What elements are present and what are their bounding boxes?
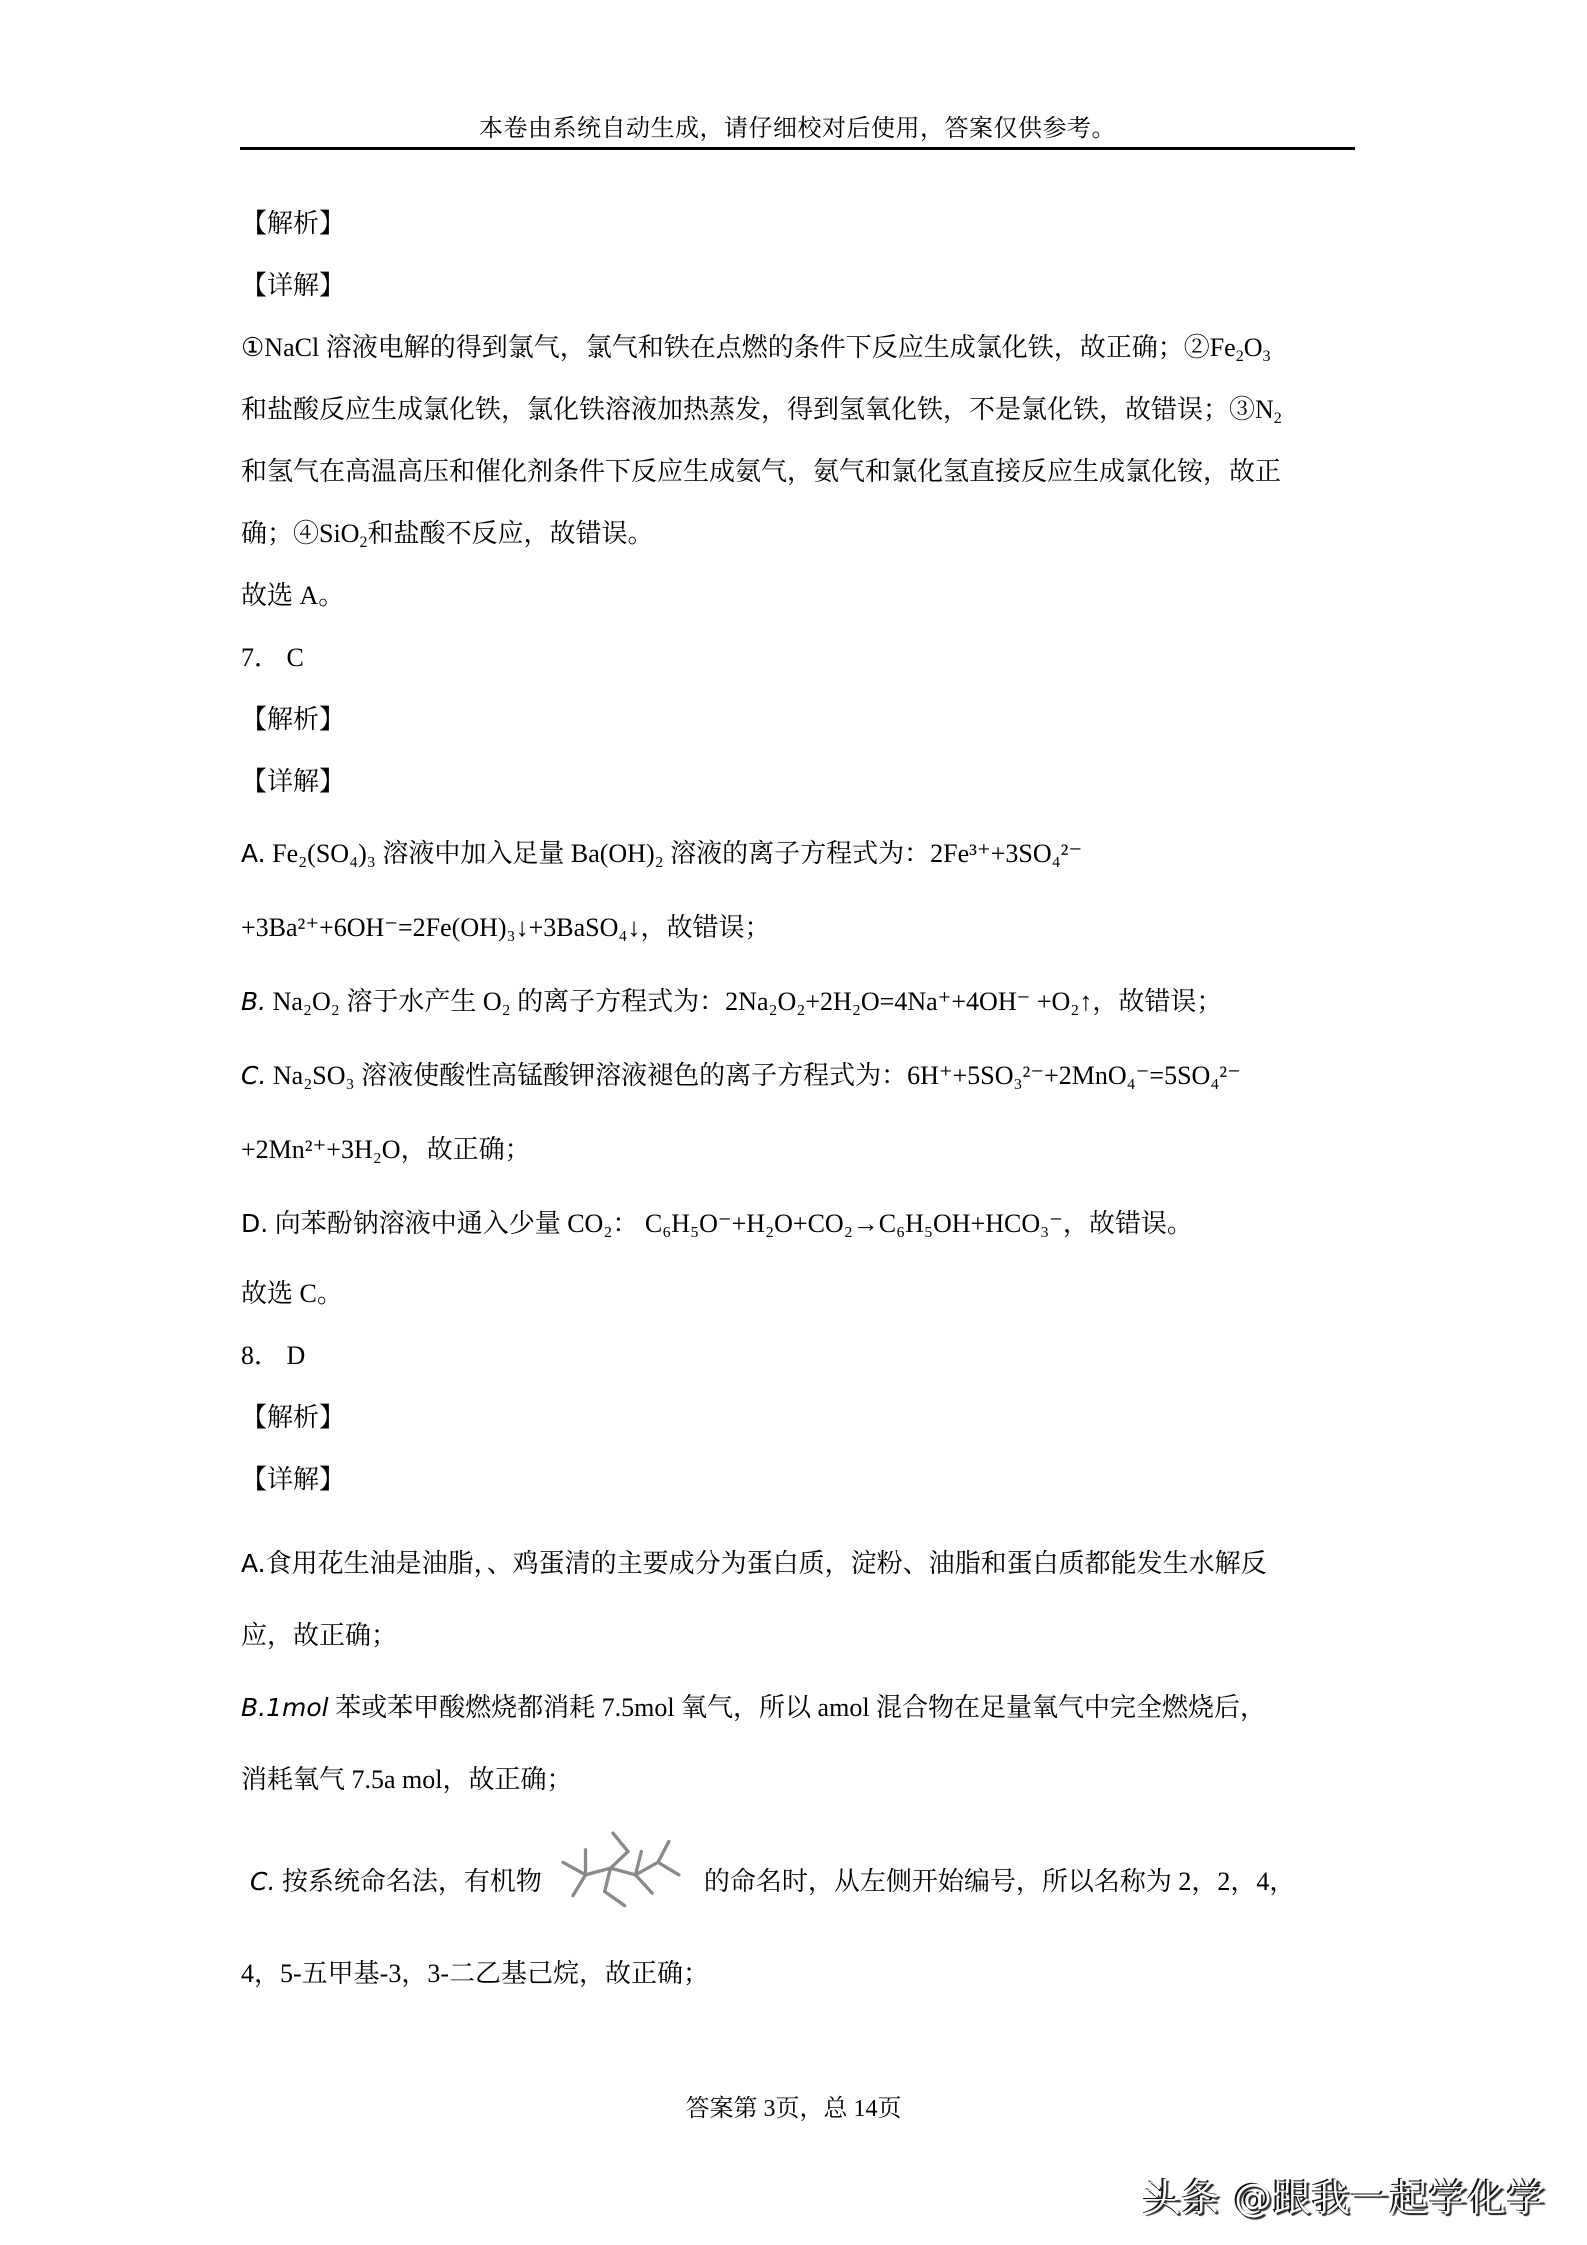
detail-label: 【详解】 [241, 270, 345, 302]
option-label: C. [250, 1867, 275, 1896]
paragraph-line: 和氢气在高温高压和催化剂条件下反应生成氨气，氨气和氯化氢直接反应生成氯化铵，故正 [241, 456, 1281, 488]
option-label: C. [241, 1061, 266, 1090]
paragraph-line: 确；④SiO2和盐酸不反应，故错误。 [241, 518, 653, 550]
conclusion: 故选 A。 [241, 580, 344, 612]
text: 和盐酸反应生成氯化铁，氯化铁溶液加热蒸发，得到氢氧化铁，不是氯化铁，故错误；③N [241, 395, 1274, 424]
analysis-label: 【解析】 [241, 1402, 345, 1434]
paragraph-line: ①NaCl 溶液电解的得到氯气，氯气和铁在点燃的条件下反应生成氯化铁，故正确；②… [241, 332, 1270, 364]
option-c-cont: +2Mn²⁺+3H₂O，故正确； [241, 1134, 531, 1166]
question-number: 7． [241, 643, 280, 672]
option-a: A.食用花生油是油脂，、鸡蛋清的主要成分为蛋白质，淀粉、油脂和蛋白质都能发生水解… [241, 1548, 1267, 1580]
answer-letter: D [287, 1341, 306, 1370]
page-header: 本卷由系统自动生成，请仔细校对后使用，答案仅供参考。 [240, 108, 1355, 143]
option-c-cont: 4，5-五甲基-3，3-二乙基己烷，故正确； [241, 1958, 709, 1990]
text: 和盐酸不反应，故错误。 [367, 519, 653, 548]
option-a: A. Fe₂(SO₄)₃ 溶液中加入足量 Ba(OH)₂ 溶液的离子方程式为：2… [241, 838, 1082, 870]
option-text: Fe₂(SO₄)₃ 溶液中加入足量 Ba(OH)₂ 溶液的离子方程式为：2Fe³… [272, 839, 1082, 868]
analysis-label: 【解析】 [241, 208, 345, 240]
option-label: A. [241, 839, 266, 868]
detail-label: 【详解】 [241, 1464, 345, 1496]
option-c: C. 按系统命名法，有机物 的命名时，从左侧开始编号，所以名称为 2，2，4， [250, 1866, 1295, 1899]
text: 确；④SiO [241, 519, 359, 548]
page-footer: 答案第 3页，总 14页 [0, 2088, 1587, 2123]
option-text: 食用花生油是油脂，、鸡蛋清的主要成分为蛋白质，淀粉、油脂和蛋白质都能发生水解反 [266, 1549, 1267, 1578]
text: ①NaCl 溶液电解的得到氯气，氯气和铁在点燃的条件下反应生成氯化铁，故正确；②… [241, 333, 1236, 362]
option-label: B. [241, 987, 266, 1016]
option-text: 按系统命名法，有机物 [275, 1867, 542, 1896]
molecule-structure-image [548, 1829, 698, 1929]
option-text: 的命名时，从左侧开始编号，所以名称为 2，2，4， [704, 1867, 1296, 1896]
conclusion: 故选 C。 [241, 1278, 343, 1310]
option-c: C. Na₂SO₃ 溶液使酸性高锰酸钾溶液褪色的离子方程式为：6H⁺+5SO₃²… [241, 1060, 1241, 1092]
option-label: A. [241, 1549, 266, 1578]
option-label: D. [241, 1209, 268, 1238]
option-b: B. Na₂O₂ 溶于水产生 O₂ 的离子方程式为：2Na₂O₂+2H₂O=4N… [241, 986, 1222, 1018]
option-a-cont: 应，故正确； [241, 1620, 397, 1652]
option-b-cont: 消耗氧气 7.5a mol，故正确； [241, 1764, 573, 1796]
question-answer-7: 7． C [241, 642, 304, 674]
header-divider [240, 147, 1355, 150]
option-label: B.1mol [241, 1693, 329, 1722]
question-number: 8． [241, 1341, 280, 1370]
option-a-cont: +3Ba²⁺+6OH⁻=2Fe(OH)₃↓+3BaSO₄↓，故错误； [241, 912, 770, 944]
paragraph-line: 和盐酸反应生成氯化铁，氯化铁溶液加热蒸发，得到氢氧化铁，不是氯化铁，故错误；③N… [241, 394, 1282, 426]
answer-letter: C [287, 643, 304, 672]
analysis-label: 【解析】 [241, 704, 345, 736]
option-b: B.1mol 苯或苯甲酸燃烧都消耗 7.5mol 氧气，所以 amol 混合物在… [241, 1692, 1266, 1724]
text: O [1244, 333, 1263, 362]
detail-label: 【详解】 [241, 766, 345, 798]
option-d: D. 向苯酚钠溶液中通入少量 CO₂： C₆H₅O⁻+H₂O+CO₂→C₆H₅O… [241, 1208, 1193, 1240]
option-text: 向苯酚钠溶液中通入少量 CO₂： C₆H₅O⁻+H₂O+CO₂→C₆H₅OH+H… [275, 1209, 1193, 1238]
watermark: 头条 @跟我一起学化学 [1143, 2167, 1546, 2222]
option-text: Na₂SO₃ 溶液使酸性高锰酸钾溶液褪色的离子方程式为：6H⁺+5SO₃²⁻+2… [273, 1061, 1241, 1090]
option-text: Na₂O₂ 溶于水产生 O₂ 的离子方程式为：2Na₂O₂+2H₂O=4Na⁺+… [273, 987, 1223, 1016]
option-text: 苯或苯甲酸燃烧都消耗 7.5mol 氧气，所以 amol 混合物在足量氧气中完全… [329, 1693, 1266, 1722]
question-answer-8: 8． D [241, 1340, 305, 1372]
